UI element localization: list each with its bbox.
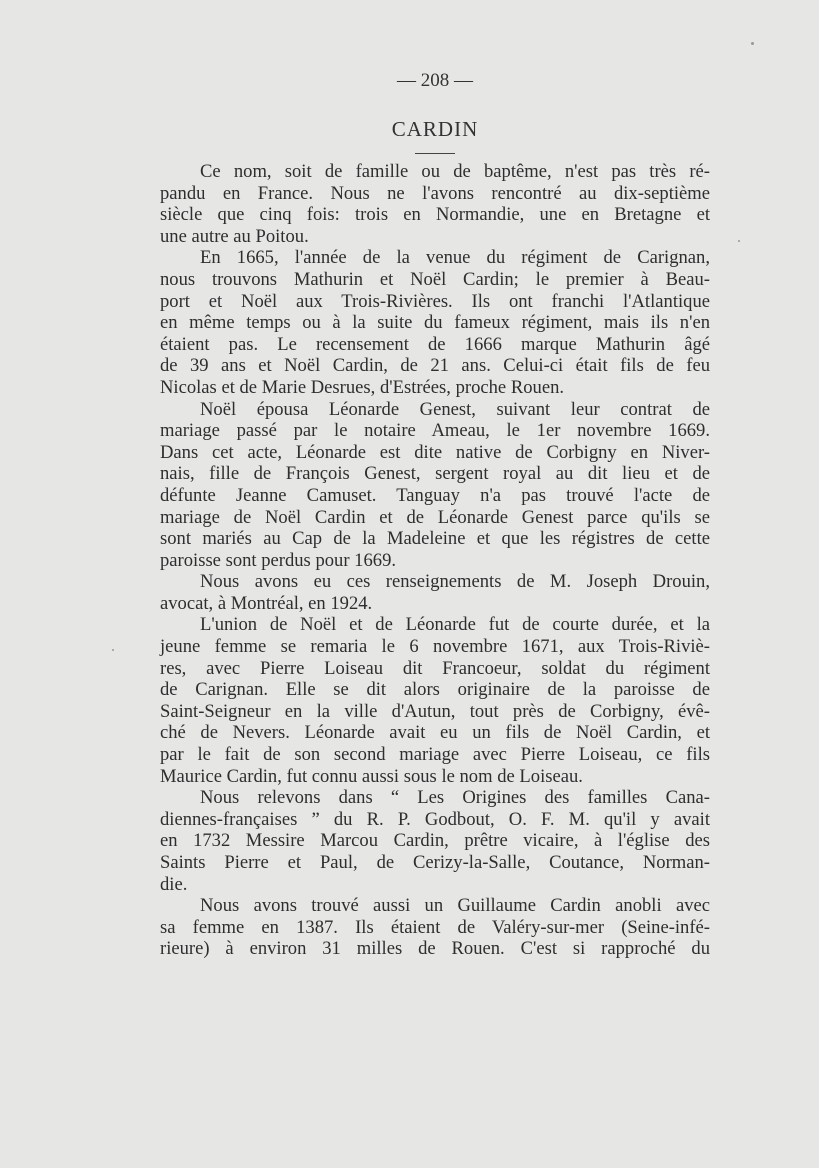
text-line: Ce nom, soit de famille ou de baptême, n… bbox=[160, 161, 710, 183]
text-line: Nous relevons dans “ Les Origines des fa… bbox=[160, 787, 710, 809]
text-line: de 39 ans et Noël Cardin, de 21 ans. Cel… bbox=[160, 355, 710, 377]
text-line: Noël épousa Léonarde Genest, suivant leu… bbox=[160, 399, 710, 421]
text-line: en même temps ou à la suite du fameux ré… bbox=[160, 312, 710, 334]
text-line: Maurice Cardin, fut connu aussi sous le … bbox=[160, 766, 710, 788]
text-line: par le fait de son second mariage avec P… bbox=[160, 744, 710, 766]
text-line: en 1732 Messire Marcou Cardin, prêtre vi… bbox=[160, 830, 710, 852]
text-line: sont mariés au Cap de la Madeleine et qu… bbox=[160, 528, 710, 550]
page-title: CARDIN bbox=[160, 117, 710, 142]
text-line: mariage passé par le notaire Ameau, le 1… bbox=[160, 420, 710, 442]
text-line: Nous avons eu ces renseignements de M. J… bbox=[160, 571, 710, 593]
text-line: die. bbox=[160, 874, 710, 896]
paragraph-origines: Nous relevons dans “ Les Origines des fa… bbox=[160, 787, 710, 895]
text-line: Saint-Seigneur en la ville d'Autun, tout… bbox=[160, 701, 710, 723]
text-line: rieure) à environ 31 milles de Rouen. C'… bbox=[160, 938, 710, 960]
text-line: mariage de Noël Cardin et de Léonarde Ge… bbox=[160, 507, 710, 529]
text-line: Nous avons trouvé aussi un Guillaume Car… bbox=[160, 895, 710, 917]
text-line: avocat, à Montréal, en 1924. bbox=[160, 593, 710, 615]
paragraph-1665: En 1665, l'année de la venue du régiment… bbox=[160, 247, 710, 398]
text-line: jeune femme se remaria le 6 novembre 167… bbox=[160, 636, 710, 658]
text-line: Dans cet acte, Léonarde est dite native … bbox=[160, 442, 710, 464]
body-text: Ce nom, soit de famille ou de baptême, n… bbox=[160, 161, 710, 960]
text-line: étaient pas. Le recensement de 1666 marq… bbox=[160, 334, 710, 356]
paragraph-intro: Ce nom, soit de famille ou de baptême, n… bbox=[160, 161, 710, 247]
text-line: Nicolas et de Marie Desrues, d'Estrées, … bbox=[160, 377, 710, 399]
paragraph-marriage: Noël épousa Léonarde Genest, suivant leu… bbox=[160, 399, 710, 572]
text-line: siècle que cinq fois: trois en Normandie… bbox=[160, 204, 710, 226]
paragraph-guillaume: Nous avons trouvé aussi un Guillaume Car… bbox=[160, 895, 710, 960]
text-line: L'union de Noël et de Léonarde fut de co… bbox=[160, 614, 710, 636]
text-line: port et Noël aux Trois-Rivières. Ils ont… bbox=[160, 291, 710, 313]
text-line: pandu en France. Nous ne l'avons rencont… bbox=[160, 183, 710, 205]
text-line: En 1665, l'année de la venue du régiment… bbox=[160, 247, 710, 269]
text-line: défunte Jeanne Camuset. Tanguay n'a pas … bbox=[160, 485, 710, 507]
text-line: nais, fille de François Genest, sergent … bbox=[160, 463, 710, 485]
paper-speck bbox=[738, 240, 740, 242]
title-divider bbox=[415, 153, 455, 154]
text-line: nous trouvons Mathurin et Noël Cardin; l… bbox=[160, 269, 710, 291]
text-line: res, avec Pierre Loiseau dit Francoeur, … bbox=[160, 658, 710, 680]
paragraph-source: Nous avons eu ces renseignements de M. J… bbox=[160, 571, 710, 614]
paragraph-remarriage: L'union de Noël et de Léonarde fut de co… bbox=[160, 614, 710, 787]
page-number: — 208 — bbox=[160, 70, 710, 92]
text-line: de Carignan. Elle se dit alors originair… bbox=[160, 679, 710, 701]
text-line: paroisse sont perdus pour 1669. bbox=[160, 550, 710, 572]
paper-speck bbox=[112, 649, 114, 651]
text-line: une autre au Poitou. bbox=[160, 226, 710, 248]
text-line: sa femme en 1387. Ils étaient de Valéry-… bbox=[160, 917, 710, 939]
text-line: ché de Nevers. Léonarde avait eu un fils… bbox=[160, 722, 710, 744]
text-line: diennes-françaises ” du R. P. Godbout, O… bbox=[160, 809, 710, 831]
paper-speck bbox=[751, 42, 754, 45]
text-line: Saints Pierre et Paul, de Cerizy-la-Sall… bbox=[160, 852, 710, 874]
